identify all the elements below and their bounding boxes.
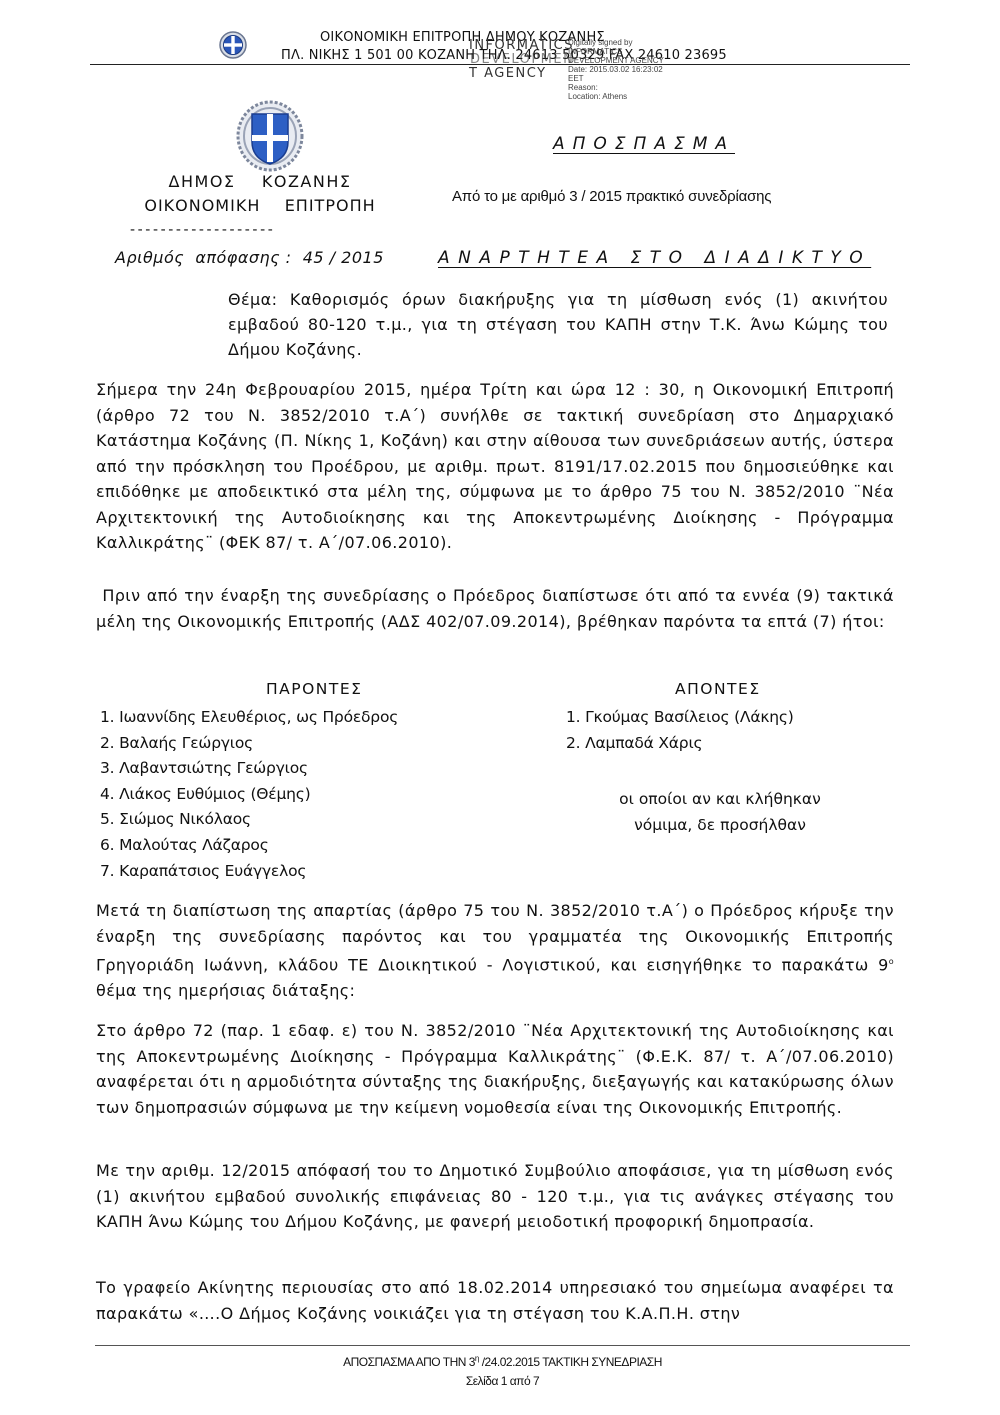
body-paragraph-property-office: Το γραφείο Ακίνητης περιουσίας στο από 1… xyxy=(96,1275,894,1326)
list-item: 1. Γκούμας Βασίλειος (Λάκης) xyxy=(566,705,794,731)
letterhead-emblem xyxy=(219,31,247,59)
absent-heading: ΑΠΟΝΤΕΣ xyxy=(675,680,761,698)
authority-name: ΔΗΜΟΣ ΚΟΖΑΝΗΣ ΟΙΚΟΝΟΜΙΚΗ ΕΠΙΤΡΟΠΗ xyxy=(110,170,410,218)
ordinal-marker: ο xyxy=(889,957,894,966)
footer-reference: ΑΠΟΣΠΑΣΜΑ ΑΠΟ ΤΗΝ 3η /24.02.2015 ΤΑΚΤΙΚΗ… xyxy=(95,1349,910,1372)
absent-note-line: οι οποίοι αν και κλήθηκαν xyxy=(590,786,850,812)
document-type-title: ΑΠΟΣΠΑΣΜΑ xyxy=(553,134,735,154)
list-item: 2. Λαμπαδά Χάρις xyxy=(566,731,794,757)
signature-signer-line3: T AGENCY xyxy=(469,66,547,81)
list-item: 6. Μαλούτας Λάζαρος xyxy=(100,833,398,859)
list-item: 1. Ιωαννίδης Ελευθέριος, ως Πρόεδρος xyxy=(100,705,398,731)
signature-detail: Reason: xyxy=(568,83,664,92)
absent-note-line: νόμιμα, δε προσήλθαν xyxy=(590,812,850,838)
body-paragraph-quorum: Πριν από την έναρξη της συνεδρίασης ο Πρ… xyxy=(96,583,894,634)
present-heading: ΠΑΡΟΝΤΕΣ xyxy=(266,680,362,698)
list-item: 5. Σιώμος Νικόλαος xyxy=(100,807,398,833)
signature-detail: Location: Athens xyxy=(568,92,664,101)
greek-coat-of-arms-icon xyxy=(219,31,247,59)
list-item: 4. Λιάκος Ευθύμιος (Θέμης) xyxy=(100,782,398,808)
signature-detail: INFORMATICS xyxy=(568,47,664,56)
list-item: 2. Βαλαής Γεώργιος xyxy=(100,731,398,757)
present-members-list: 1. Ιωαννίδης Ελευθέριος, ως Πρόεδρος 2. … xyxy=(100,705,398,884)
meeting-reference: Από το με αριθμό 3 / 2015 πρακτικό συνεδ… xyxy=(452,188,771,205)
body-paragraph-legal-basis: Στο άρθρο 72 (παρ. 1 εδαφ. ε) του Ν. 385… xyxy=(96,1018,894,1120)
subject: Θέμα: Καθορισμός όρων διακήρυξης για τη … xyxy=(228,287,888,362)
signature-detail: DEVELOPMENT AGENCY xyxy=(568,56,664,65)
page-number: Σελίδα 1 από 7 xyxy=(95,1372,910,1391)
absent-note: οι οποίοι αν και κλήθηκαν νόμιμα, δε προ… xyxy=(590,786,850,838)
decision-number: Αριθμός απόφασης : 45 / 2015 xyxy=(115,248,384,267)
signature-signer-line2: DEVELOPMEN xyxy=(470,52,574,67)
agenda-text-end: θέμα της ημερήσιας διάταξης: xyxy=(96,981,355,1000)
signature-detail: EET xyxy=(568,74,664,83)
web-posting-notice: ΑΝΑΡΤΗΤΕΑ ΣΤΟ ΔΙΑΔΙΚΤΥΟ xyxy=(438,248,871,268)
signature-detail: Digitally signed by xyxy=(568,38,664,47)
signature-detail: Date: 2015.03.02 16:23:02 xyxy=(568,65,664,74)
list-item: 7. Καραπάτσιος Ευάγγελος xyxy=(100,859,398,885)
body-paragraph-opening: Σήμερα την 24η Φεβρουαρίου 2015, ημέρα Τ… xyxy=(96,377,894,556)
footer-rule xyxy=(95,1345,910,1346)
greek-coat-of-arms-icon xyxy=(236,100,304,174)
header-dash-separator: ------------------- xyxy=(130,222,275,238)
body-paragraph-council-decision: Με την αριθμ. 12/2015 απόφασή του το Δημ… xyxy=(96,1158,894,1235)
page-footer: ΑΠΟΣΠΑΣΜΑ ΑΠΟ ΤΗΝ 3η /24.02.2015 ΤΑΚΤΙΚΗ… xyxy=(95,1349,910,1391)
list-item: 3. Λαβαντσιώτης Γεώργιος xyxy=(100,756,398,782)
absent-members-list: 1. Γκούμας Βασίλειος (Λάκης) 2. Λαμπαδά … xyxy=(566,705,794,756)
authority-line-committee: ΟΙΚΟΝΟΜΙΚΗ ΕΠΙΤΡΟΠΗ xyxy=(110,194,410,218)
signature-signer-line1: INFORMATICS xyxy=(469,38,574,53)
authority-line-municipality: ΔΗΜΟΣ ΚΟΖΑΝΗΣ xyxy=(110,170,410,194)
signature-details: Digitally signed by INFORMATICS DEVELOPM… xyxy=(568,38,664,101)
agenda-text: Μετά τη διαπίστωση της απαρτίας (άρθρο 7… xyxy=(96,901,894,974)
body-paragraph-agenda: Μετά τη διαπίστωση της απαρτίας (άρθρο 7… xyxy=(96,898,894,1003)
header-emblem xyxy=(236,100,304,174)
